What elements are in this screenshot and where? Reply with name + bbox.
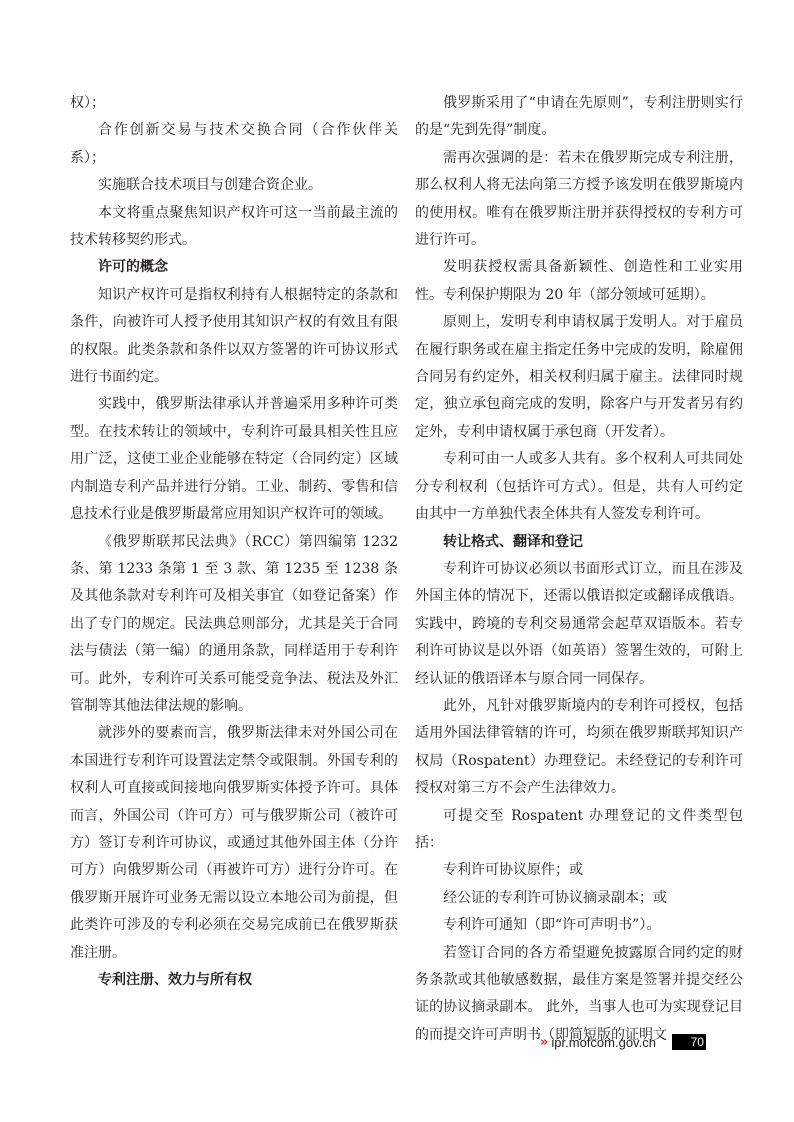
- paragraph: 合作创新交易与技术交换合同（合作伙伴关系）；: [70, 117, 398, 172]
- paragraph: 知识产权许可是指权利持有人根据特定的条款和条件，向被许可人授予使用其知识产权的有…: [70, 282, 398, 392]
- section-heading: 专利注册、效力与所有权: [70, 967, 398, 994]
- paragraph: 就涉外的要素而言，俄罗斯法律未对外国公司在本国进行专利许可设置法定禁令或限制。外…: [70, 720, 398, 967]
- website-link[interactable]: ipr.mofcom.gov.cn: [551, 1035, 656, 1050]
- page-footer: » ipr.mofcom.gov.cn 70: [540, 1032, 706, 1052]
- paragraph: 实施联合技术项目与创建合资企业。: [70, 172, 398, 199]
- section-heading: 许可的概念: [70, 254, 398, 281]
- section-heading: 转让格式、翻译和登记: [415, 529, 743, 556]
- paragraph: 此外，凡针对俄罗斯境内的专利许可授权，包括适用外国法律管辖的许可，均须在俄罗斯联…: [415, 693, 743, 803]
- paragraph: 《俄罗斯联邦民法典》（RCC）第四编第 1232 条、第 1233 条第 1 至…: [70, 529, 398, 721]
- paragraph: 专利许可协议必须以书面形式订立，而且在涉及外国主体的情况下，还需以俄语拟定或翻译…: [415, 556, 743, 693]
- left-column: 权）； 合作创新交易与技术交换合同（合作伙伴关系）； 实施联合技术项目与创建合资…: [70, 90, 398, 994]
- list-item: 专利许可通知（即“许可声明书”）。: [415, 912, 743, 939]
- double-chevron-right-icon: »: [540, 1035, 545, 1050]
- paragraph: 发明获授权需具备新颖性、创造性和工业实用性。专利保护期限为 20 年（部分领域可…: [415, 254, 743, 309]
- paragraph: 原则上，发明专利申请权属于发明人。对于雇员在履行职务或在雇主指定任务中完成的发明…: [415, 309, 743, 446]
- paragraph: 本文将重点聚焦知识产权许可这一当前最主流的技术转移契约形式。: [70, 200, 398, 255]
- paragraph: 需再次强调的是：若未在俄罗斯完成专利注册，那么权利人将无法向第三方授予该发明在俄…: [415, 145, 743, 255]
- list-item: 经公证的专利许可协议摘录副本；或: [415, 885, 743, 912]
- paragraph: 专利可由一人或多人共有。多个权利人可共同处分专利权利（包括许可方式）。但是，共有…: [415, 446, 743, 528]
- paragraph: 权）；: [70, 90, 398, 117]
- right-column: 俄罗斯采用了“申请在先原则”，专利注册则实行的是“先到先得”制度。 需再次强调的…: [415, 90, 743, 1049]
- list-item: 专利许可协议原件；或: [415, 857, 743, 884]
- paragraph: 可提交至 Rospatent 办理登记的文件类型包括：: [415, 803, 743, 858]
- paragraph: 俄罗斯采用了“申请在先原则”，专利注册则实行的是“先到先得”制度。: [415, 90, 743, 145]
- paragraph: 实践中，俄罗斯法律承认并普遍采用多种许可类型。在技术转让的领域中，专利许可最具相…: [70, 391, 398, 528]
- page-number: 70: [672, 1034, 706, 1050]
